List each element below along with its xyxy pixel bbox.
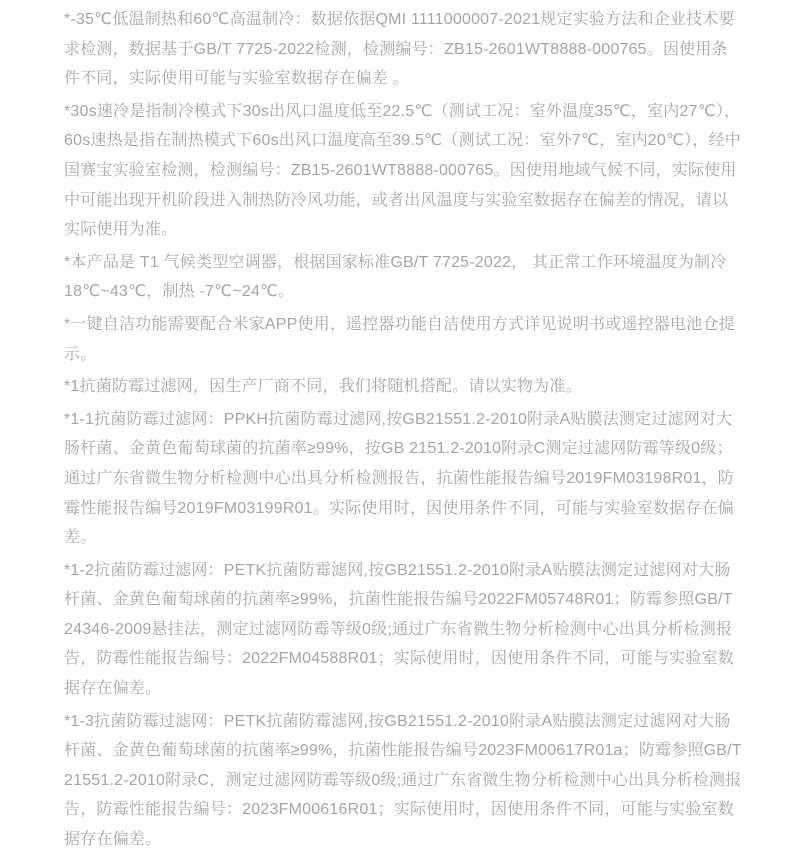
note-filter-1-2-text: *1-2抗菌防霉过滤网：PETK抗菌防霉滤网,按GB21551.2-2010附录… xyxy=(64,556,742,704)
note-fast-cool-heat-text: *30s速冷是指制冷模式下30s出风口温度低至22.5℃（测试工况：室外温度35… xyxy=(64,97,742,245)
note-filter-1-1-text: *1-1抗菌防霉过滤网：PPKH抗菌防霉过滤网,按GB21551.2-2010附… xyxy=(64,405,742,553)
note-filter-random-text: *1抗菌防霉过滤网，因生产厂商不同，我们将随机搭配。请以实物为准。 xyxy=(64,372,742,402)
note-self-clean-text: *一键自洁功能需要配合米家APP使用，遥控器功能自洁使用方式详见说明书或遥控器电… xyxy=(64,310,742,369)
note-climate-type-text: *本产品是 T1 气候类型空调器，根据国家标准GB/T 7725-2022， 其… xyxy=(64,248,742,307)
note-low-high-temp-text: *-35℃低温制热和60℃高温制冷：数据依据QMI 1111000007-202… xyxy=(64,5,742,94)
product-disclaimer-notes: *-35℃低温制热和60℃高温制冷：数据依据QMI 1111000007-202… xyxy=(0,0,790,866)
note-filter-1-3-text: *1-3抗菌防霉过滤网：PETK抗菌防霉滤网,按GB21551.2-2010附录… xyxy=(64,707,742,855)
